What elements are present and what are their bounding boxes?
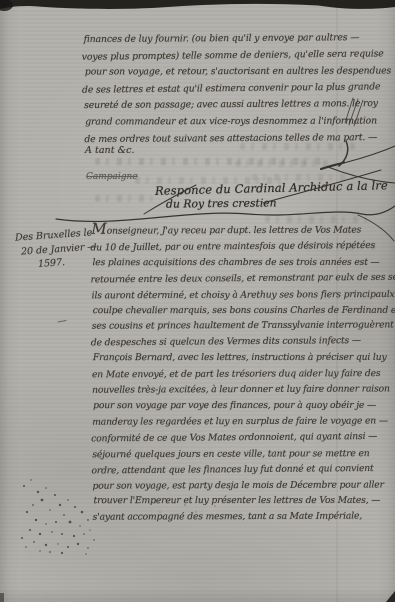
bleedthrough-ghost-text (235, 160, 335, 167)
manuscript-line: manderay les regardées et luy en surplus… (92, 413, 395, 430)
manuscript-line: ils auront déterminé, et choisy à Arethu… (92, 287, 395, 304)
margin-dateline: Des Bruxelles le (15, 227, 93, 243)
margin-dash (58, 321, 66, 323)
manuscript-line: trouver l'Empereur et luy présenter les … (94, 493, 395, 509)
margin-dateline: 1597. (38, 257, 66, 270)
manuscript-line: pour son voyage, et retour, s'auctorisan… (85, 64, 391, 82)
ink-spatter (21, 479, 95, 554)
manuscript-line: pour son voyage, est party desja le mois… (92, 477, 395, 494)
manuscript-line: les plaines acquisitions des chambres de… (93, 255, 395, 271)
manuscript-line: retournée entre les deux conseils, et re… (91, 269, 395, 288)
manuscript-line: pour son voyage par voye des finances, p… (93, 398, 395, 414)
closing-formula: A tant &c. (85, 145, 135, 156)
manuscript-line: grand commandeur et aux vice-roys desnom… (85, 113, 391, 131)
manuscript-line: de despesches si quelcun des Vermes dits… (91, 333, 395, 352)
margin-dateline: 20 de Janvier — (21, 241, 97, 257)
manuscript-line: ordre, attendant que les finances luy fu… (91, 460, 395, 479)
manuscript-line: en Mate envoyé, et de part les trésorier… (92, 366, 395, 383)
manuscript-line: François Bernard, avec les lettres, inst… (93, 350, 395, 366)
cancelled-word: Campaigne (86, 172, 138, 182)
manuscript-page: finances de luy fournir. (ou bien qu'il … (0, 0, 395, 602)
opening-paragraph: finances de luy fournir. (ou bien qu'il … (84, 30, 391, 148)
manuscript-line: coulpe chevalier marquis, ses bons cousi… (93, 302, 395, 318)
manuscript-line: s'ayant accompagné des mesmes, tant a sa… (93, 509, 395, 526)
body-paragraph: Monseigneur, J'ay receu par dupt. les le… (91, 220, 395, 526)
manuscript-line: Monseigneur, J'ay receu par dupt. les le… (91, 220, 395, 239)
manuscript-line: seureté de son passage; avec aussi aultr… (84, 96, 390, 115)
response-heading-line2: du Roy tres crestien (166, 196, 277, 210)
manuscript-line: conformité de ce que Vos Mates ordonnoie… (91, 428, 395, 447)
bleedthrough-ghost-text (95, 195, 153, 202)
manuscript-line: nouvelles très-ja excitées, à leur donne… (92, 381, 395, 398)
manuscript-line: de ses lettres et estat qu'il estimera c… (82, 79, 388, 99)
manuscript-line: du 10 de Juillet, par ou entre maintesfo… (90, 238, 395, 257)
